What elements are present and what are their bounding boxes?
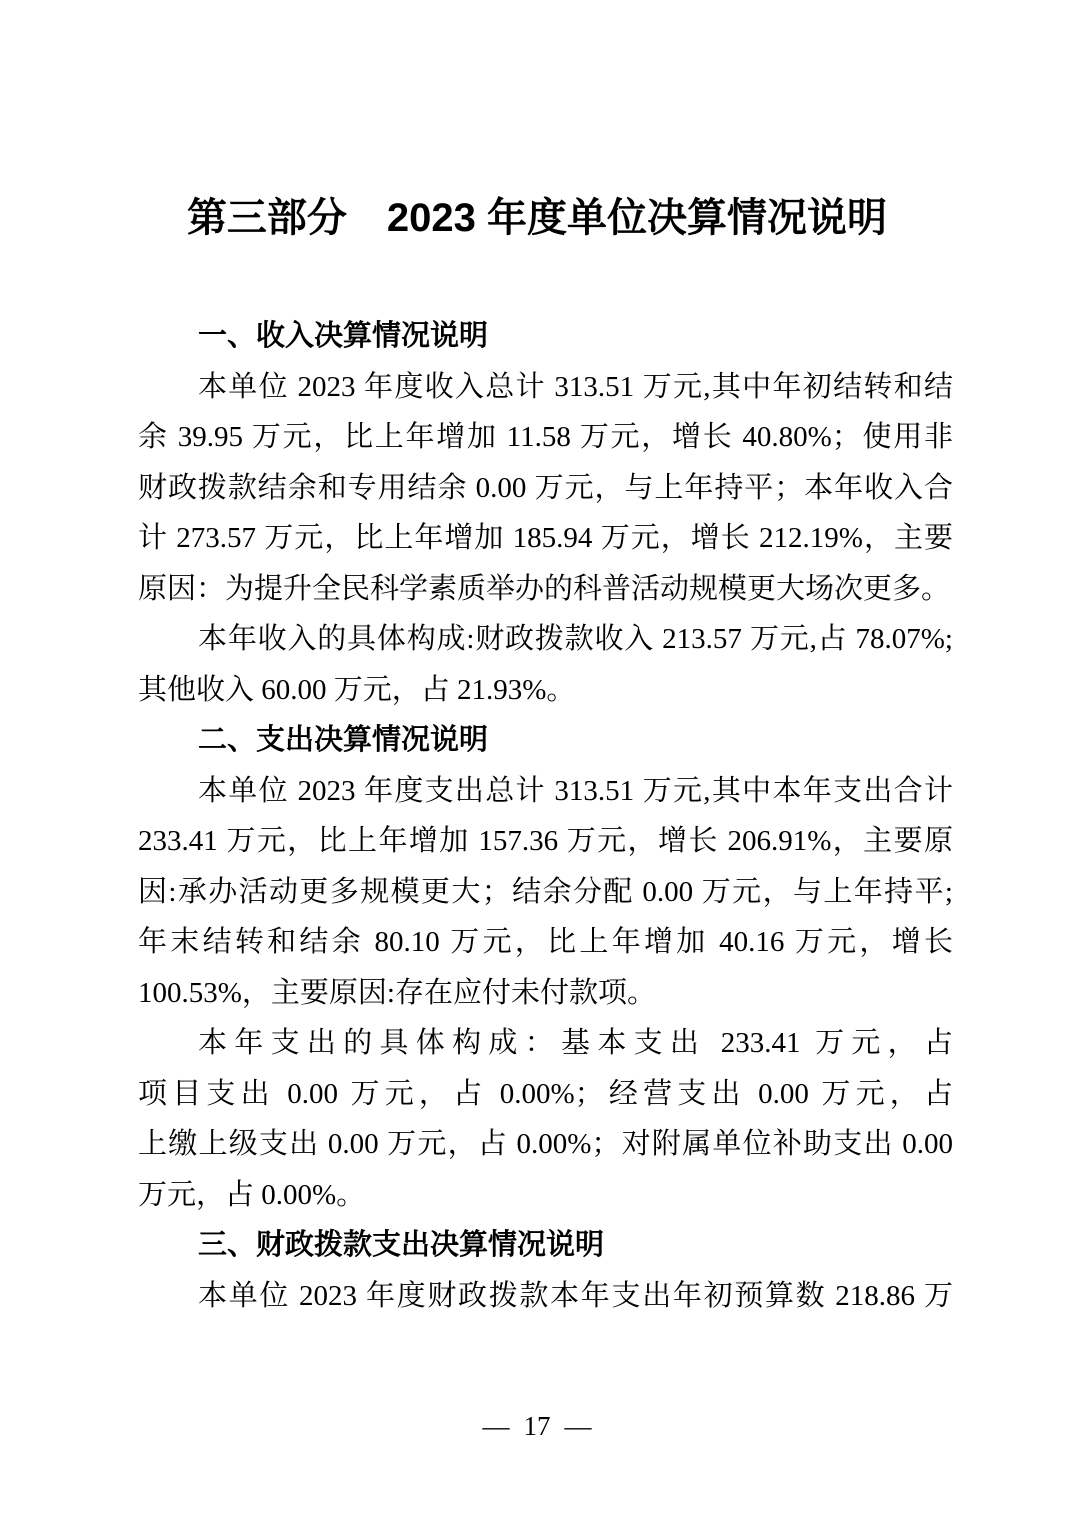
- text-line: 因:承办活动更多规模更大；结余分配 0.00 万元，与上年持平;: [138, 867, 953, 918]
- text-line: 其他收入 60.00 万元，占 21.93%。: [138, 665, 953, 716]
- section-heading-expenditure: 二、支出决算情况说明: [138, 715, 953, 766]
- text-line: 原因：为提升全民科学素质举办的科普活动规模更大场次更多。: [138, 564, 953, 615]
- text-line: 上缴上级支出 0.00 万元，占 0.00%；对附属单位补助支出 0.00: [138, 1119, 953, 1170]
- text-line: 本单位 2023 年度支出总计 313.51 万元,其中本年支出合计: [138, 766, 953, 817]
- text-line: 余 39.95 万元，比上年增加 11.58 万元，增长 40.80%；使用非: [138, 412, 953, 463]
- text-line: 万元，占 0.00%。: [138, 1170, 953, 1221]
- page-title: 第三部分 2023 年度单位决算情况说明: [0, 192, 1074, 244]
- text-line: 100.53%，主要原因:存在应付未付款项。: [138, 968, 953, 1019]
- text-line: 本单位 2023 年度财政拨款本年支出年初预算数 218.86 万元，: [138, 1271, 953, 1322]
- text-line: 本年支出的具体构成：基本支出 233.41 万元，占 100.00%；: [138, 1018, 953, 1069]
- footer-dash-right: —: [565, 1406, 592, 1446]
- page-number: 17: [524, 1411, 551, 1441]
- text-line: 项目支出 0.00 万元，占 0.00%；经营支出 0.00 万元，占 0.00…: [138, 1069, 953, 1120]
- document-page: 第三部分 2023 年度单位决算情况说明 一、收入决算情况说明 本单位 2023…: [0, 0, 1074, 1520]
- text-line: 计 273.57 万元，比上年增加 185.94 万元，增长 212.19%，主…: [138, 513, 953, 564]
- text-line: 本单位 2023 年度收入总计 313.51 万元,其中年初结转和结: [138, 362, 953, 413]
- text-line: 财政拨款结余和专用结余 0.00 万元，与上年持平；本年收入合: [138, 463, 953, 514]
- text-line: 本年收入的具体构成:财政拨款收入 213.57 万元,占 78.07%;: [138, 614, 953, 665]
- footer-dash-left: —: [483, 1406, 510, 1446]
- text-line: 233.41 万元，比上年增加 157.36 万元，增长 206.91%，主要原: [138, 816, 953, 867]
- section-heading-fiscal-appropriation: 三、财政拨款支出决算情况说明: [138, 1220, 953, 1271]
- section-heading-income: 一、收入决算情况说明: [138, 311, 953, 362]
- text-line: 年末结转和结余 80.10 万元，比上年增加 40.16 万元，增长: [138, 917, 953, 968]
- document-body: 一、收入决算情况说明 本单位 2023 年度收入总计 313.51 万元,其中年…: [138, 311, 953, 1321]
- page-footer: —17—: [0, 1406, 1074, 1446]
